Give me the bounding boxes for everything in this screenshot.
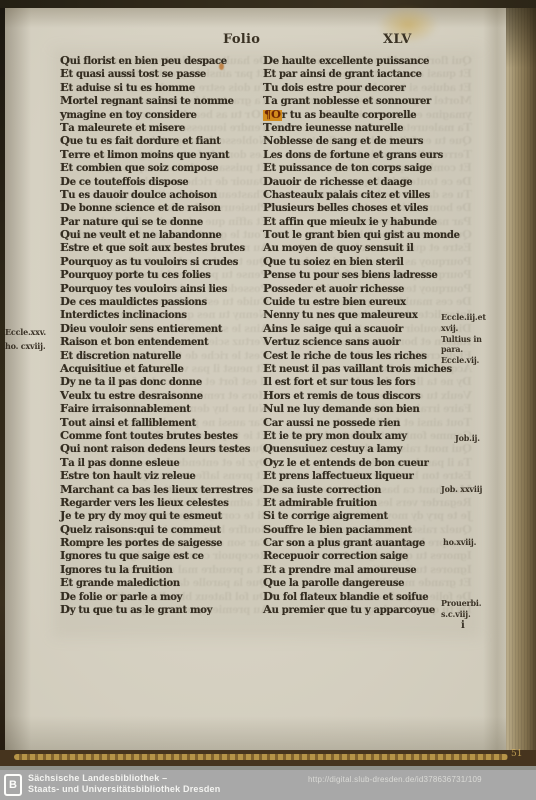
verse-line: De haulte excellente puissance [263,54,475,67]
verse-line: Que la parolle dangereuse [263,576,475,589]
verse-line: Souffre le bien paciamment [263,523,475,536]
verse-line: Ta grant noblesse et sonnourer [263,94,475,107]
margin-note-eccle-xxv: Eccle.xxv. [5,327,46,337]
verse-line: Regarder vers les lieux celestes [60,496,266,509]
signature-mark: i [461,620,465,631]
margin-note-line: xvij. [441,323,486,334]
verse-line: Et grande malediction [60,576,266,589]
verse-line: Et puissance de ton corps saige [263,161,475,174]
verse-line: Et a prendre mal amoureuse [263,563,475,576]
verse-line: ymagine en toy considere [60,108,266,121]
verse-line: Mortel regnant sainsi te nomme [60,94,266,107]
rubricated-initial: ¶O [263,110,282,121]
verse-line: Acquisitiue et faturelle [60,362,266,375]
verse-line: Et combien que soiz compose [60,161,266,174]
left-column: Qui florist en bien peu despaceEt quasi … [60,54,266,616]
edge-number: 51 [511,749,522,759]
verse-line: Par nature qui se te donne [60,215,266,228]
verse-line: Terre et limon moins que nyant [60,148,266,161]
verse-line: Dy tu que tu as le grant moy [60,603,266,616]
verse-line: De ce touteffois dispose [60,175,266,188]
verse-line: Si te corrige aigrement [263,509,475,522]
gilt-edge-decoration [14,754,508,760]
margin-note-job-ij: Job.ij. [455,433,480,443]
verse-line: Qui ne veult et ne labandonne [60,228,266,241]
verse-line: Estre et que soit aux bestes brutes [60,241,266,254]
verse-line: Dy ne ta il pas donc donne [60,375,266,388]
verse-line: Pense tu pour ses biens ladresse [263,268,475,281]
verse-line: Noblesse de sang et de meurs [263,134,475,147]
margin-note-ho-xviij: ho.xviij. [443,537,476,547]
verse-line: De bonne science et de raison [60,201,266,214]
verse-line: Rompre les portes de saigesse [60,536,266,549]
margin-note-prouerb: Prouerbi.s.c.viij. [441,598,481,620]
verse-line: Ta il pas donne esleue [60,456,266,469]
verse-line: Tout ainsi et falliblement [60,416,266,429]
margin-note-job-xxviij: Job. xxviij [441,484,482,494]
institution-line2: Staats- und Universitätsbibliothek Dresd… [28,784,220,795]
verse-line: Que tu soiez en bien steril [263,255,475,268]
folio-label: Folio [223,32,260,47]
verse-line: De folie or parle a moy [60,590,266,603]
verse-line: Dauoir de richesse et daage [263,175,475,188]
margin-note-line: Prouerbi. [441,598,481,609]
fore-edge-shadow [506,8,536,68]
verse-line: Pourquoy tes vouloirs ainsi lies [60,282,266,295]
verse-line: Comme font toutes brutes bestes [60,429,266,442]
verse-line: Tout le grant bien qui gist au monde [263,228,475,241]
verse-line: Au moyen de quoy sensuit il [263,241,475,254]
institution-line1: Sächsische Landesbibliothek – [28,773,220,784]
verse-line: Cuide tu estre bien eureux [263,295,475,308]
verse-line: De ces mauldictes passions [60,295,266,308]
verse-line: Estre ton hault viz releue [60,469,266,482]
verse-line: Raison et bon entendement [60,335,266,348]
margin-note-line: Tultius in [441,334,486,345]
verse-line: Car aussi ne possede rien [263,416,475,429]
verse-line: Les dons de fortune et grans eurs [263,148,475,161]
verse-line: Nul ne luy demande son bien [263,402,475,415]
verse-line: Chasteaulx palais citez et villes [263,188,475,201]
slub-logo-icon: B [4,774,22,796]
book-top-edge [0,0,536,8]
verse-line: Recepuoir correction saige [263,549,475,562]
verse-line: ¶Or tu as beaulte corporelle [263,108,475,121]
verse-line: Et ie te pry mon doulx amy [263,429,475,442]
verse-line: Et affin que mieulx ie y habunde [263,215,475,228]
verse-line: Il est fort et sur tous les fors [263,375,475,388]
text-block: Qui florist en bien peu despaceEt quasi … [55,54,477,622]
verse-line: Tu dois estre pour decorer [263,81,475,94]
margin-note-line: Eccle.iij.et [441,312,486,323]
verse-line: Quensuiuez cestuy a lamy [263,442,475,455]
verse-line: Hors et remis de tous discors [263,389,475,402]
margin-note-line: Eccle.vij. [441,355,486,366]
attribution-bar: B Sächsische Landesbibliothek – Staats- … [0,770,536,800]
verse-line: Et prens laffectueux liqueur [263,469,475,482]
verse-line: Faire irraisonnablement [60,402,266,415]
verse-line: Pourquoy as tu vouloirs si crudes [60,255,266,268]
verse-line: Tendre ieunesse naturelle [263,121,475,134]
verse-line: Interdictes inclinacions [60,308,266,321]
book-scan-viewer: 51 Folio XLV Qui florist en bien peu des… [0,0,536,800]
verse-line: Et quasi aussi tost se passe [60,67,266,80]
slub-logo-glyph: B [9,779,17,791]
verse-line: Qui nont raison dedens leurs testes [60,442,266,455]
folio-number: XLV [383,32,412,47]
scanned-page: Folio XLV Qui florist en bien peu despac… [5,8,506,750]
verse-line: Ignores tu la fruition [60,563,266,576]
verse-line: Plusieurs belles choses et viles [263,201,475,214]
verse-line: Et admirable fruition [263,496,475,509]
verse-line: Et par ainsi de grant iactance [263,67,475,80]
verse-line: Que tu es fait dordure et fiant [60,134,266,147]
verse-line: Qui florist en bien peu despace [60,54,266,67]
verse-line: Je te pry dy moy qui te esmeut [60,509,266,522]
verse-line: Posseder et auoir richesse [263,282,475,295]
verse-line: Quelz raisons:qui te commeut [60,523,266,536]
margin-note-ps-cxviij: ho. cxviij. [5,341,45,351]
verse-line: Ignores tu que saige est ce [60,549,266,562]
institution-name: Sächsische Landesbibliothek – Staats- un… [28,773,220,795]
margin-note-line: para. [441,344,486,355]
verse-line: Ta maleurete et misere [60,121,266,134]
verse-line: Pourquoy porte tu ces folies [60,268,266,281]
verse-line: Et aduise si tu es homme [60,81,266,94]
verse-line: Tu es dauoir doulce achoison [60,188,266,201]
verse-line: Marchant ca bas les lieux terrestres [60,483,266,496]
source-url: http://digital.slub-dresden.de/id3786367… [308,775,482,784]
book-fore-edge [506,8,536,752]
margin-note-line: s.c.viij. [441,609,481,620]
verse-line: Veulx tu estre desraisonne [60,389,266,402]
margin-note-eccle-block: Eccle.iij.etxvij.Tultius inpara.Eccle.vi… [441,312,486,366]
verse-line: Dieu vouloir sens entierement [60,322,266,335]
verse-line: Et discretion naturelle [60,349,266,362]
verse-line: Oyz le et entends de bon cueur [263,456,475,469]
